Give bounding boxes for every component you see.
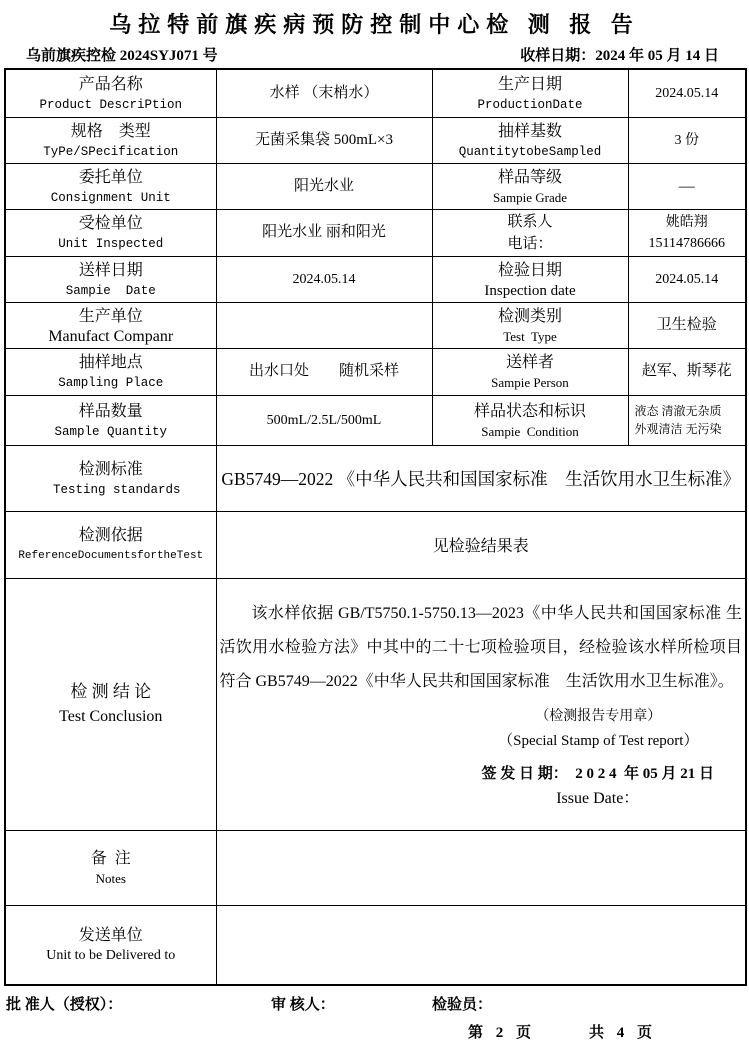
sample-condition-line1: 液态 清澈无杂质 [632, 402, 743, 420]
label-cn: 生产日期 [436, 73, 625, 96]
table-row-notes: 备 注 Notes [5, 830, 746, 905]
conclusion-cell: 该水样依据 GB/T5750.1-5750.13—2023《中华人民共和国国家标… [216, 578, 746, 830]
value-cell: 赵军、斯琴花 [628, 348, 746, 395]
report-page: 乌拉特前旗疾病预防控制中心检 测 报 告 乌前旗疾控检 2024SYJ071 号… [0, 0, 749, 1049]
label-cell: 检测依据 ReferenceDocumentsfortheTest [5, 511, 216, 578]
value-text: — [632, 176, 743, 197]
label-cell: 受检单位 Unit Inspected [5, 209, 216, 256]
value-cell: 阳光水业 丽和阳光 [216, 209, 432, 256]
label-cn: 检测类别 [436, 305, 625, 328]
label-cn: 产品名称 [9, 73, 213, 96]
label-en: Unit to be Delivered to [9, 947, 213, 965]
value-text: 2024.05.14 [220, 269, 429, 290]
value-text: 无菌采集袋 500mL×3 [220, 130, 429, 151]
label-cell: 检验日期 Inspection date [432, 256, 628, 302]
label-cn: 送样日期 [9, 259, 213, 282]
label-en: ProductionDate [436, 96, 625, 114]
approver-label: 批 准人（授权）： [6, 993, 271, 1014]
label-cn: 规格 类型 [9, 120, 213, 143]
label-cell: 检 测 结 论 Test Conclusion [5, 578, 216, 830]
label-en: Sampie Date [9, 282, 213, 300]
label-en: Sampling Place [9, 374, 213, 392]
label-en: QuantitytobeSampled [436, 143, 625, 161]
label-cell: 送样者 Sampie Person [432, 348, 628, 395]
contact-name: 姚皓翔 [632, 212, 743, 233]
table-row-delivery: 发送单位 Unit to be Delivered to [5, 905, 746, 985]
label-cn: 抽样基数 [436, 120, 625, 143]
label-cn: 样品等级 [436, 166, 625, 189]
sample-condition-line2: 外观清洁 无污染 [632, 420, 743, 438]
value-text: 500mL/2.5L/500mL [220, 410, 429, 431]
issue-date-block: 签 发 日 期： 2 0 2 4 年 05 月 21 日 Issue Date： [454, 761, 743, 811]
value-cell: 姚皓翔 15114786666 [628, 209, 746, 256]
receive-date: 收样日期：2024 年 05 月 14 日 [520, 44, 719, 65]
label-cn: 检 测 结 论 [9, 679, 213, 705]
label-cell: 检测类别 Test Type [432, 302, 628, 348]
standards-text: GB5749—2022 《中华人民共和国国家标准 生活饮用水卫生标准》 [220, 466, 743, 491]
label-cell: 委托单位 Consignment Unit [5, 163, 216, 209]
value-cell: 水样 （末梢水） [216, 69, 432, 117]
document-number: 乌前旗疾控检 2024SYJ071 号 [26, 44, 218, 65]
label-cell: 抽样基数 QuantitytobeSampled [432, 117, 628, 163]
value-cell: 2024.05.14 [628, 69, 746, 117]
label-cell: 生产日期 ProductionDate [432, 69, 628, 117]
label-cn: 抽样地点 [9, 351, 213, 374]
value-text: 2024.05.14 [632, 269, 743, 290]
value-text: 阳光水业 丽和阳光 [220, 222, 429, 243]
value-text: 赵军、斯琴花 [632, 361, 743, 382]
label-cell: 备 注 Notes [5, 830, 216, 905]
reference-text: 见检验结果表 [220, 533, 743, 556]
label-cell: 样品等级 Sampie Grade [432, 163, 628, 209]
label-en: Consignment Unit [9, 189, 213, 207]
label-cn: 电话： [436, 233, 625, 255]
label-cn: 生产单位 [9, 305, 213, 328]
value-text: 3 份 [632, 130, 743, 151]
label-en: TyPe/SPecification [9, 143, 213, 161]
contact-phone: 15114786666 [632, 233, 743, 254]
value-cell [216, 302, 432, 348]
label-cell: 联系人 电话： [432, 209, 628, 256]
label-en: ReferenceDocumentsfortheTest [9, 547, 213, 565]
value-cell: 出水口处 随机采样 [216, 348, 432, 395]
value-cell: — [628, 163, 746, 209]
report-table: 产品名称 Product DescriPtion 水样 （末梢水） 生产日期 P… [4, 68, 747, 986]
label-cn: 备 注 [9, 847, 213, 870]
label-cn: 委托单位 [9, 166, 213, 189]
label-cell: 规格 类型 TyPe/SPecification [5, 117, 216, 163]
notes-value-cell [216, 830, 746, 905]
label-cn: 联系人 [436, 211, 625, 233]
value-cell: 液态 清澈无杂质 外观清洁 无污染 [628, 395, 746, 445]
label-en: Test Type [436, 328, 625, 346]
label-cn: 送样者 [436, 351, 625, 374]
label-cn: 受检单位 [9, 212, 213, 235]
value-text: 阳光水业 [220, 176, 429, 197]
page-footer: 第 2 页 共 4 页 [468, 1021, 652, 1042]
label-cell: 抽样地点 Sampling Place [5, 348, 216, 395]
label-cell: 样品数量 Sample Quantity [5, 395, 216, 445]
table-row-inspected-unit: 受检单位 Unit Inspected 阳光水业 丽和阳光 联系人 电话： 姚皓… [5, 209, 746, 256]
current-page: 第 2 页 [468, 1021, 531, 1042]
label-en: Inspection date [436, 282, 625, 300]
label-cn: 检验日期 [436, 259, 625, 282]
standards-value-cell: GB5749—2022 《中华人民共和国国家标准 生活饮用水卫生标准》 [216, 445, 746, 511]
label-cn: 检测依据 [9, 524, 213, 547]
value-cell: 2024.05.14 [216, 256, 432, 302]
label-cn: 发送单位 [9, 924, 213, 947]
value-cell: 2024.05.14 [628, 256, 746, 302]
label-cell: 样品状态和标识 Sampie Condition [432, 395, 628, 445]
table-row-reference: 检测依据 ReferenceDocumentsfortheTest 见检验结果表 [5, 511, 746, 578]
value-cell: 阳光水业 [216, 163, 432, 209]
value-text: 水样 （末梢水） [220, 83, 429, 104]
value-text: 出水口处 随机采样 [220, 361, 429, 382]
stamp-label-en: （Special Stamp of Test report） [455, 729, 742, 753]
table-row-sample-quantity: 样品数量 Sample Quantity 500mL/2.5L/500mL 样品… [5, 395, 746, 445]
label-en: Sampie Person [436, 374, 625, 392]
stamp-block: （检测报告专用章） （Special Stamp of Test report） [455, 705, 742, 753]
label-cell: 产品名称 Product DescriPtion [5, 69, 216, 117]
label-en: Sampie Condition [436, 423, 625, 441]
table-row-spec: 规格 类型 TyPe/SPecification 无菌采集袋 500mL×3 抽… [5, 117, 746, 163]
stamp-label-cn: （检测报告专用章） [455, 705, 742, 729]
value-text: 2024.05.14 [632, 83, 743, 104]
issue-date-cn: 签 发 日 期： 2 0 2 4 年 05 月 21 日 [454, 761, 743, 787]
table-row-sample-date: 送样日期 Sampie Date 2024.05.14 检验日期 Inspect… [5, 256, 746, 302]
conclusion-text: 该水样依据 GB/T5750.1-5750.13—2023《中华人民共和国国家标… [220, 597, 743, 699]
report-subheader: 乌前旗疾控检 2024SYJ071 号 收样日期：2024 年 05 月 14 … [4, 44, 745, 68]
value-cell: 卫生检验 [628, 302, 746, 348]
value-text: 卫生检验 [632, 315, 743, 336]
reviewer-label: 审 核人： [271, 993, 432, 1014]
label-en: Unit Inspected [9, 235, 213, 253]
table-row-consignment: 委托单位 Consignment Unit 阳光水业 样品等级 Sampie G… [5, 163, 746, 209]
inspector-label: 检验员： [432, 993, 492, 1014]
label-en: Sample Quantity [9, 423, 213, 441]
label-en: Manufact Companr [9, 328, 213, 346]
table-row-product: 产品名称 Product DescriPtion 水样 （末梢水） 生产日期 P… [5, 69, 746, 117]
table-row-sampling-place: 抽样地点 Sampling Place 出水口处 随机采样 送样者 Sampie… [5, 348, 746, 395]
delivery-value-cell [216, 905, 746, 985]
total-pages: 共 4 页 [589, 1021, 652, 1042]
label-cn: 检测标准 [9, 458, 213, 481]
table-row-conclusion: 检 测 结 论 Test Conclusion 该水样依据 GB/T5750.1… [5, 578, 746, 830]
label-cell: 生产单位 Manufact Companr [5, 302, 216, 348]
label-en: Notes [9, 870, 213, 888]
table-row-testing-standards: 检测标准 Testing standards GB5749—2022 《中华人民… [5, 445, 746, 511]
label-en: Testing standards [9, 481, 213, 499]
label-en: Product DescriPtion [9, 96, 213, 114]
issue-date-en: Issue Date： [454, 787, 743, 811]
page-title: 乌拉特前旗疾病预防控制中心检 测 报 告 [4, 8, 745, 39]
label-cn: 样品数量 [9, 400, 213, 423]
label-en: Sampie Grade [436, 189, 625, 207]
value-cell: 500mL/2.5L/500mL [216, 395, 432, 445]
table-row-manufacturer: 生产单位 Manufact Companr 检测类别 Test Type 卫生检… [5, 302, 746, 348]
label-cell: 发送单位 Unit to be Delivered to [5, 905, 216, 985]
label-cell: 送样日期 Sampie Date [5, 256, 216, 302]
signature-row: 批 准人（授权）： 审 核人： 检验员： [4, 993, 745, 1014]
label-cell: 检测标准 Testing standards [5, 445, 216, 511]
label-cn: 样品状态和标识 [436, 400, 625, 423]
value-cell: 无菌采集袋 500mL×3 [216, 117, 432, 163]
value-cell: 3 份 [628, 117, 746, 163]
reference-value-cell: 见检验结果表 [216, 511, 746, 578]
label-en: Test Conclusion [9, 705, 213, 729]
